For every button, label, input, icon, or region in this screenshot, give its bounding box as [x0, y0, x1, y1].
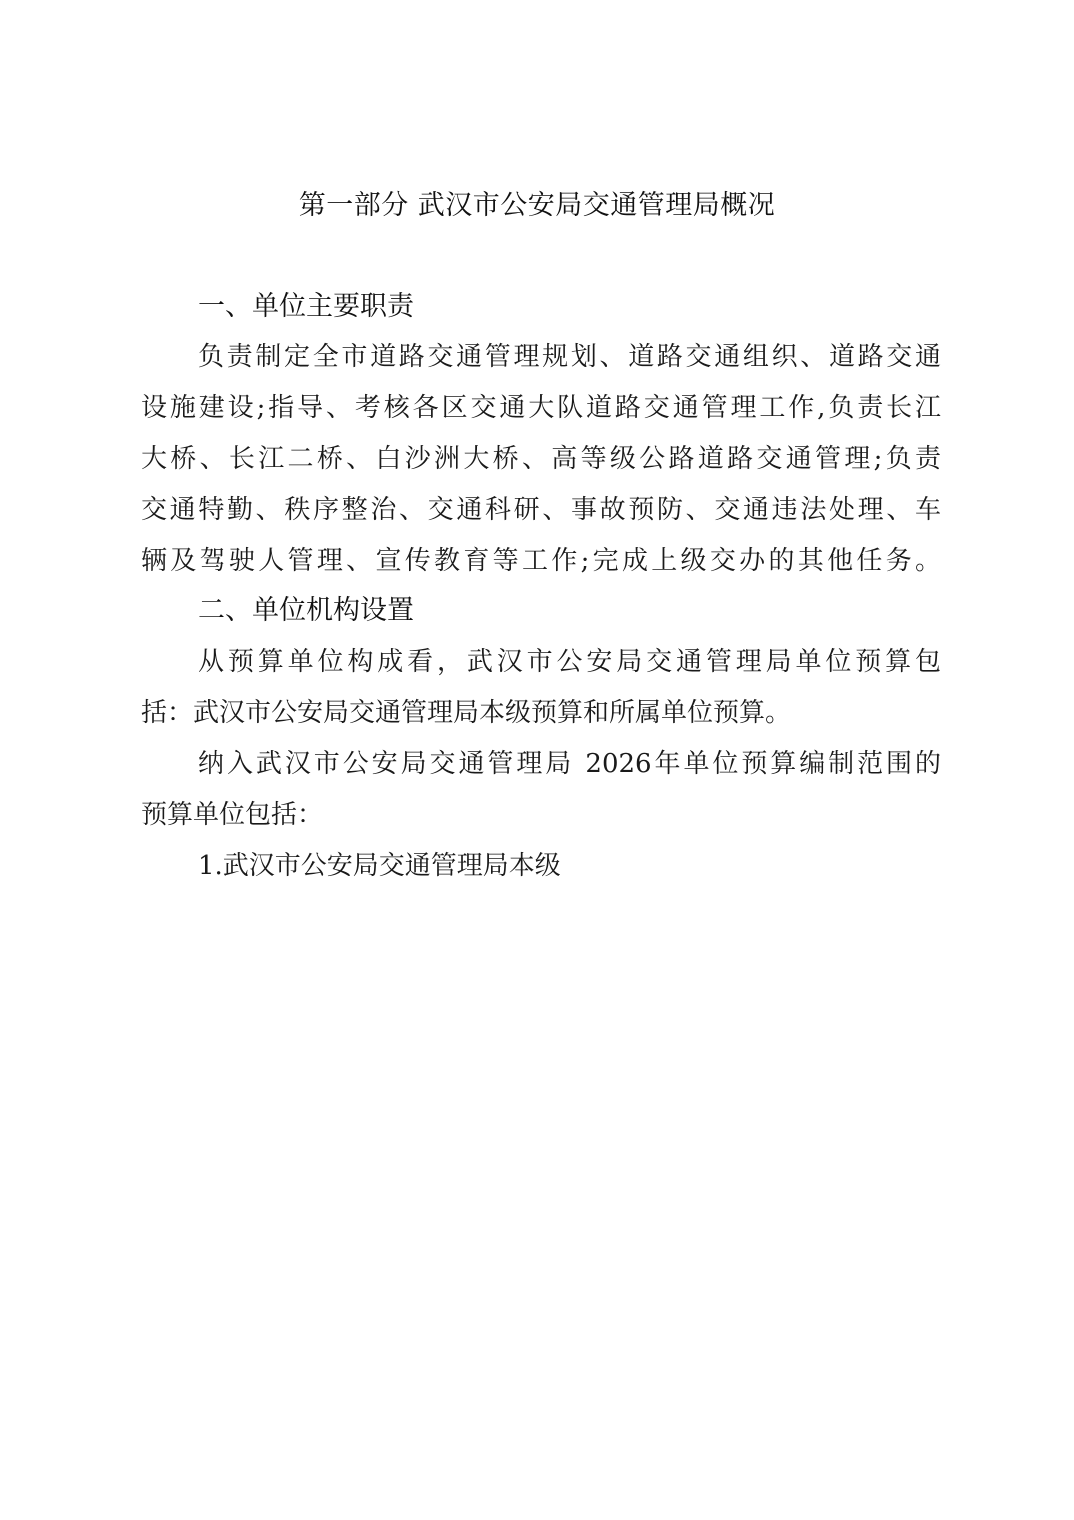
section-heading-organization: 二、单位机构设置: [198, 591, 414, 631]
page-title: 第一部分 武汉市公安局交通管理局概况: [0, 186, 1074, 226]
section-heading-duties: 一、单位主要职责: [198, 287, 414, 327]
paragraph-line: 辆及驾驶人管理、宣传教育等工作;完成上级交办的其他任务。: [141, 541, 941, 581]
paragraph-line: 交通特勤、秩序整治、交通科研、事故预防、交通违法处理、车: [141, 490, 941, 530]
paragraph-line: 大桥、长江二桥、白沙洲大桥、高等级公路道路交通管理;负责: [141, 439, 941, 479]
paragraph-line: 纳入武汉市公安局交通管理局 2026年单位预算编制范围的: [198, 744, 941, 784]
paragraph-line: 预算单位包括：: [141, 795, 941, 835]
paragraph-line: 从预算单位构成看，武汉市公安局交通管理局单位预算包: [198, 642, 941, 682]
paragraph-line: 括：武汉市公安局交通管理局本级预算和所属单位预算。: [141, 693, 941, 733]
document-page: 第一部分 武汉市公安局交通管理局概况 一、单位主要职责 负责制定全市道路交通管理…: [0, 0, 1074, 1520]
paragraph-line: 设施建设;指导、考核各区交通大队道路交通管理工作,负责长江: [141, 388, 941, 428]
list-item: 1.武汉市公安局交通管理局本级: [198, 846, 941, 886]
paragraph-line: 负责制定全市道路交通管理规划、道路交通组织、道路交通: [198, 337, 941, 377]
